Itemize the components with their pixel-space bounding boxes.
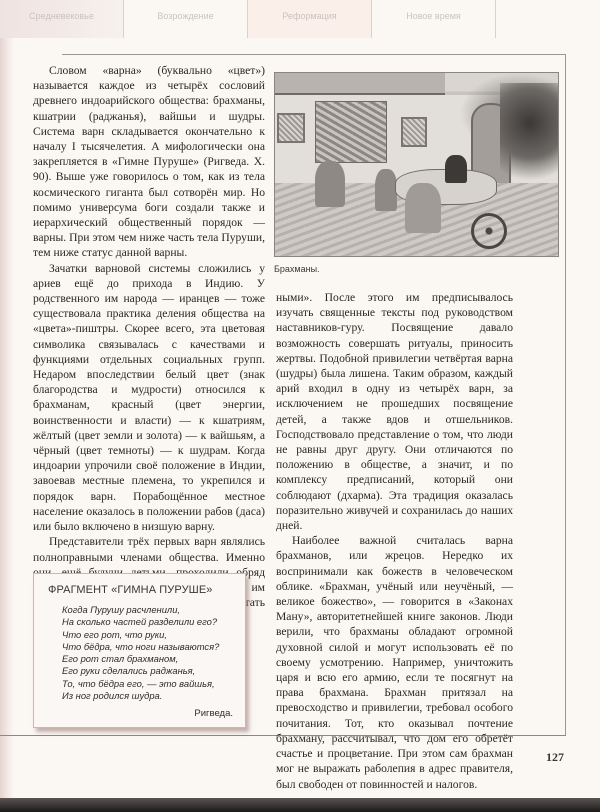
illustration-window <box>401 117 427 147</box>
poem-line: Когда Пурушу расчленили, <box>62 604 233 616</box>
poem-line: Что его рот, что руки, <box>62 629 233 641</box>
paragraph-brahman-varna: Наиболее важной считалась варна брахмано… <box>276 533 513 791</box>
poem-line: То, что бёдра его, — это вайшья, <box>62 678 233 690</box>
illustration-caption: Брахманы. <box>274 264 320 274</box>
poem-line: Что бёдра, что ноги называются? <box>62 641 233 653</box>
chapter-tabs: Средневековье Возрождение Реформация Нов… <box>0 0 600 40</box>
illustration-roof <box>275 73 445 95</box>
chapter-tab-middle-ages: Средневековье <box>0 0 124 38</box>
illustration-figure <box>405 183 441 233</box>
left-text-column: Словом «варна» (буквально «цвет») называ… <box>33 63 265 626</box>
brahmans-illustration <box>274 72 559 257</box>
page-number: 127 <box>546 750 564 765</box>
illustration-mural <box>315 101 387 163</box>
illustration-figure <box>375 169 397 211</box>
poem-line: Его рот стал брахманом, <box>62 653 233 665</box>
poem-line: Из ног родился шудра. <box>62 690 233 702</box>
illustration-window <box>277 113 305 143</box>
poem-lines: Когда Пурушу расчленили, На сколько част… <box>62 604 233 702</box>
right-text-column: ными». После этого им предписывалось изу… <box>276 290 513 792</box>
chapter-tab-modern-era: Новое время <box>372 0 496 38</box>
paragraph-varna-definition: Словом «варна» (буквально «цвет») называ… <box>33 63 265 261</box>
page-frame-right <box>565 54 566 736</box>
header-rule <box>62 54 565 55</box>
chapter-tab-renaissance: Возрождение <box>124 0 248 38</box>
poem-line: Его руки сделались раджанья, <box>62 665 233 677</box>
fragment-title: ФРАГМЕНТ «ГИМНА ПУРУШЕ» <box>48 584 233 596</box>
fragment-source: Ригведа. <box>48 708 233 719</box>
hymn-fragment-box: ФРАГМЕНТ «ГИМНА ПУРУШЕ» Когда Пурушу рас… <box>33 573 246 728</box>
illustration-cart-wheel <box>471 213 507 249</box>
illustration-seated-figure <box>315 161 345 207</box>
binding-shadow <box>0 0 14 812</box>
poem-line: На сколько частей разделили его? <box>62 616 233 628</box>
illustration-tree <box>500 83 558 193</box>
chapter-tab-reformation: Реформация <box>248 0 372 38</box>
paragraph-continuation: ными». После этого им предписывалось изу… <box>276 290 513 533</box>
paragraph-varna-origins: Зачатки варновой системы сложились у ари… <box>33 261 265 535</box>
illustration-driver-figure <box>445 155 467 183</box>
scan-bottom-edge <box>0 798 600 812</box>
